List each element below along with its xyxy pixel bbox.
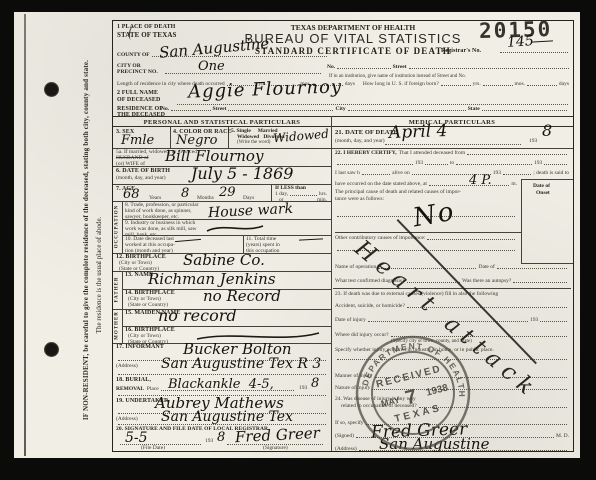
dotted-leader <box>456 163 532 165</box>
group-divider <box>122 271 123 309</box>
burial-label: 18. BURIAL, <box>116 377 151 384</box>
margin-note-line2: The residence is the usual place of abod… <box>95 125 103 425</box>
dotted-leader <box>513 281 567 283</box>
dotted-leader <box>425 163 448 165</box>
cell-divider <box>170 127 171 148</box>
dob-label: 6. DATE OF BIRTH <box>116 168 170 175</box>
cause-handwriting-no: No <box>411 199 457 232</box>
group-divider <box>122 201 123 253</box>
scanned-death-certificate: IF NON-RESIDENT, be careful to give the … <box>0 0 596 480</box>
spouse-value: Bill Flournoy <box>165 149 263 164</box>
dotted-leader <box>540 320 567 322</box>
dotted-leader <box>118 373 326 375</box>
year-blank-193: 193 <box>529 138 537 144</box>
dotted-leader <box>385 143 521 145</box>
margin-note-line1: IF NON-RESIDENT, be careful to give the … <box>82 25 90 455</box>
pen-dash <box>175 239 201 242</box>
marital-value: Widowed <box>273 128 330 145</box>
onset-box-top <box>521 179 573 180</box>
undertaker-address-value: San Augustine Tex <box>161 410 293 424</box>
attended-dates-line: 193 to 193 <box>335 160 569 166</box>
birthplace-value: Sabine Co. <box>183 253 265 268</box>
father-birthplace-value: no Record <box>203 289 281 304</box>
trade-value: House wark <box>208 202 294 220</box>
certify-label: 22. I HEREBY CERTIFY, <box>335 150 397 156</box>
dod-year-value: 8 <box>542 123 552 139</box>
dotted-leader <box>290 194 317 196</box>
principal-cause-label-1: The principal cause of death and related… <box>335 189 461 195</box>
dob-note: (month, day, and year) <box>116 175 166 181</box>
removal-label: REMOVAL <box>116 386 144 392</box>
father-vertical-label: FATHER <box>115 271 120 309</box>
md-label: M. D. <box>556 433 569 439</box>
last-saw-label: I last saw h <box>335 170 360 176</box>
pen-squiggle <box>205 221 267 235</box>
cell-divider <box>271 184 272 201</box>
onset-label-2: Onset <box>536 190 550 196</box>
dod-line <box>383 143 523 146</box>
date-of-death-value: April 4 <box>389 123 448 142</box>
informant-value: Bucker Bolton <box>183 342 292 357</box>
pen-dash <box>299 238 323 240</box>
punch-hole-top <box>44 82 59 97</box>
occurred-label: have occurred on the date stated above, … <box>335 181 427 187</box>
burial-place-value: Blackankle 4-5, <box>168 378 274 391</box>
dotted-leader <box>362 173 390 175</box>
to-label: to <box>450 160 454 166</box>
stamp-year-text: 1938 <box>425 382 450 398</box>
year-blank-193: 193 <box>530 317 538 323</box>
year-blank-193: 193 <box>299 385 307 391</box>
punch-hole-bottom <box>44 342 59 357</box>
maiden-name-value: no record <box>158 308 237 324</box>
accident-label: Accident, suicide, or homicide? <box>335 303 405 309</box>
informant-label: 17. INFORMANT <box>116 344 164 351</box>
dob-value: July 5 - 1869 <box>191 166 293 182</box>
informant-address-line <box>116 373 328 376</box>
year-blank-193: 193 <box>534 160 542 166</box>
paper-crease <box>24 14 26 456</box>
row-rule <box>333 288 571 289</box>
informant-address-value: San Augustine Tex R 3 <box>161 357 321 371</box>
cause-rule <box>335 232 521 233</box>
injury-date-label: Date of injury <box>335 317 366 323</box>
occupation-vertical-label: OCCUPATION <box>115 201 120 253</box>
stamp-day-text: 7 <box>403 386 419 410</box>
address-label: (Address) <box>116 363 138 369</box>
signed-label: (Signed) <box>335 433 354 439</box>
personal-column: 3. SEX Fmle 4. COLOR OR RACE Negro 5. Si… <box>113 21 331 451</box>
age-months-value: 8 <box>181 187 189 200</box>
death-said-label: ; death is said to <box>533 170 569 176</box>
row-rule <box>331 148 573 149</box>
dotted-leader <box>337 163 413 165</box>
alive-on-label: alive on <box>392 170 410 176</box>
dotted-leader <box>427 238 515 240</box>
signature-caption: (Signature) <box>263 445 288 451</box>
last-saw-line: I last saw h alive on 193 ; death is sai… <box>335 170 569 176</box>
onset-label-1: Date of <box>533 183 550 189</box>
certificate-form: 1 PLACE OF DEATH STATE OF TEXAS TEXAS DE… <box>112 20 574 452</box>
test-line: What test confirmed diagnosis? Was there… <box>335 278 569 284</box>
dotted-leader <box>544 163 567 165</box>
file-date-caption: (File Date) <box>141 445 165 451</box>
date-of-label: Date of <box>478 264 494 270</box>
year-blank-193: 193 <box>415 160 423 166</box>
year-blank-193: 193 <box>205 438 213 444</box>
m-label: m. <box>511 181 517 187</box>
stamp-month-text: MAY <box>380 395 401 409</box>
received-stamp: DEPARTMENT OF HEALTH RECEIVED MAY 7 1938… <box>353 333 473 453</box>
certificate-paper: IF NON-RESIDENT, be careful to give the … <box>14 12 580 458</box>
dotted-leader <box>503 173 531 175</box>
age-days-value: 29 <box>219 186 236 199</box>
dotted-leader <box>467 153 567 155</box>
marital-note: (Write the word) <box>237 140 270 146</box>
sex-value: Fmle <box>121 134 154 147</box>
mother-vertical-label: MOTHER <box>115 307 120 345</box>
race-value: Negro <box>176 134 217 147</box>
place-label: Place <box>144 386 159 392</box>
certify-line: 22. I HEREBY CERTIFY, That I attended de… <box>335 150 569 156</box>
year-blank-193: 193 <box>493 170 501 176</box>
autopsy-label: Was there an autopsy? <box>462 278 511 284</box>
time-of-death-value: 4 P. <box>469 174 492 187</box>
dod-note: (month, day, and year) <box>335 138 385 144</box>
dotted-leader <box>497 267 567 269</box>
onset-box-left <box>521 179 522 263</box>
certify-text: That I attended deceased from <box>399 150 466 156</box>
burial-year-value: 8 <box>311 377 319 390</box>
principal-cause-label-2: tance were as follows: <box>335 196 384 202</box>
age-years-value: 68 <box>123 188 140 201</box>
address-label: (Address) <box>116 416 138 422</box>
father-name-value: Richman Jenkins <box>148 272 276 287</box>
